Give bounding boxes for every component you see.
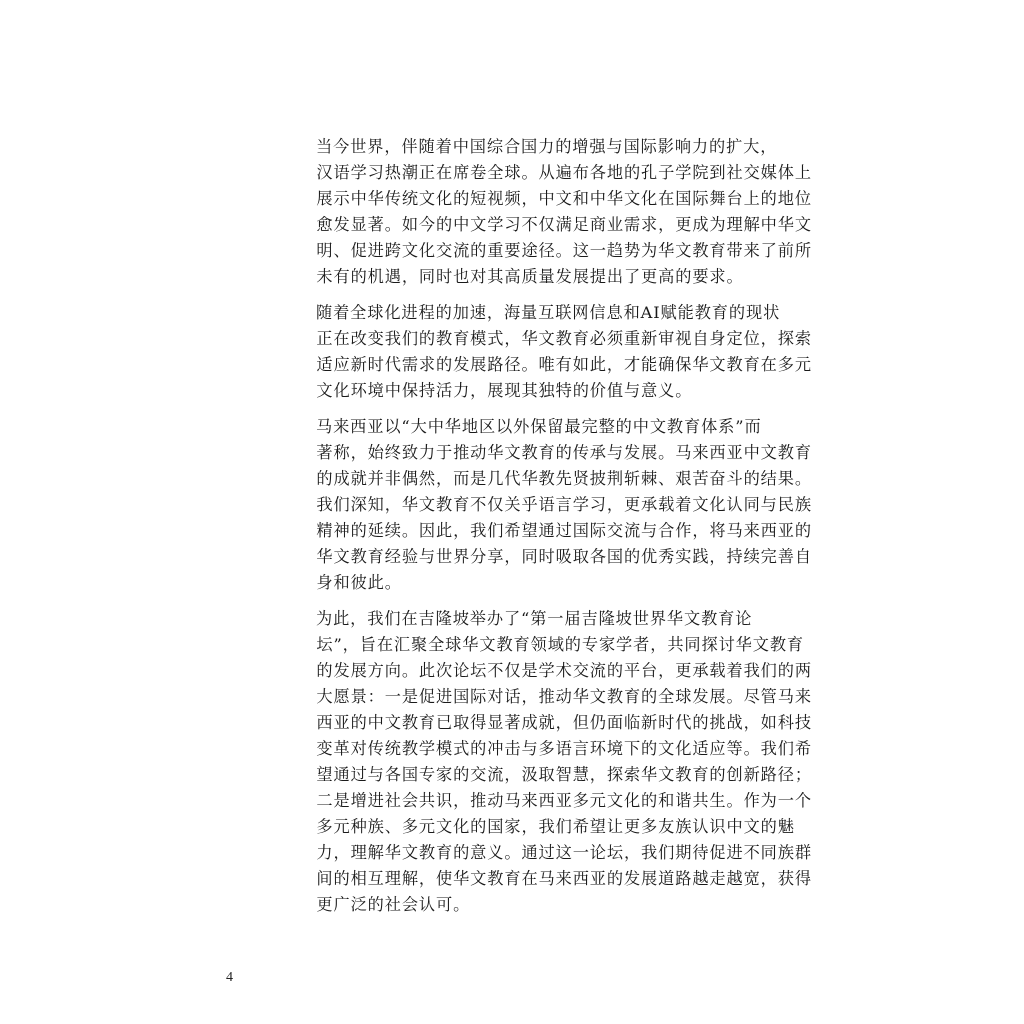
text-line: 我们深知，华文教育不仅关乎语言学习，更承载着文化认同与民族	[284, 492, 742, 518]
text-line: 著称，始终致力于推动华文教育的传承与发展。马来西亚中文教育	[284, 440, 742, 466]
text-line: 二是增进社会共识，推动马来西亚多元文化的和谐共生。作为一个	[284, 788, 742, 814]
text-line: 文化环境中保持活力，展现其独特的价值与意义。	[284, 378, 742, 404]
text-line: 坛”，旨在汇聚全球华文教育领域的专家学者，共同探讨华文教育	[284, 632, 742, 658]
text-line: 更广泛的社会认可。	[284, 892, 742, 918]
text-line: 汉语学习热潮正在席卷全球。从遍布各地的孔子学院到社交媒体上	[284, 160, 742, 186]
paragraph-1: 当今世界，伴随着中国综合国力的增强与国际影响力的扩大， 汉语学习热潮正在席卷全球…	[284, 134, 742, 290]
text-line: 望通过与各国专家的交流，汲取智慧，探索华文教育的创新路径；	[284, 762, 742, 788]
text-line: 的发展方向。此次论坛不仅是学术交流的平台，更承载着我们的两	[284, 658, 742, 684]
paragraph-4: 为此，我们在吉隆坡举办了“第一届吉隆坡世界华文教育论 坛”，旨在汇聚全球华文教育…	[284, 606, 742, 918]
text-line: 明、促进跨文化交流的重要途径。这一趋势为华文教育带来了前所	[284, 238, 742, 264]
text-line: 愈发显著。如今的中文学习不仅满足商业需求，更成为理解中华文	[284, 212, 742, 238]
text-line: 力，理解华文教育的意义。通过这一论坛，我们期待促进不同族群	[284, 840, 742, 866]
text-line: 马来西亚以“大中华地区以外保留最完整的中文教育体系”而	[284, 414, 742, 440]
document-page: 当今世界，伴随着中国综合国力的增强与国际影响力的扩大， 汉语学习热潮正在席卷全球…	[0, 0, 1024, 1024]
text-line: 西亚的中文教育已取得显著成就，但仍面临新时代的挑战，如科技	[284, 710, 742, 736]
text-line: 大愿景：一是促进国际对话，推动华文教育的全球发展。尽管马来	[284, 684, 742, 710]
text-line: 未有的机遇，同时也对其高质量发展提出了更高的要求。	[284, 264, 742, 290]
text-line: 变革对传统教学模式的冲击与多语言环境下的文化适应等。我们希	[284, 736, 742, 762]
text-line: 适应新时代需求的发展路径。唯有如此，才能确保华文教育在多元	[284, 352, 742, 378]
text-line: 多元种族、多元文化的国家，我们希望让更多友族认识中文的魅	[284, 814, 742, 840]
text-line: 身和彼此。	[284, 570, 742, 596]
body-text: 当今世界，伴随着中国综合国力的增强与国际影响力的扩大， 汉语学习热潮正在席卷全球…	[284, 134, 742, 928]
paragraph-2: 随着全球化进程的加速，海量互联网信息和AI赋能教育的现状 正在改变我们的教育模式…	[284, 300, 742, 404]
text-line: 正在改变我们的教育模式，华文教育必须重新审视自身定位，探索	[284, 326, 742, 352]
text-line: 当今世界，伴随着中国综合国力的增强与国际影响力的扩大，	[284, 134, 742, 160]
text-line: 随着全球化进程的加速，海量互联网信息和AI赋能教育的现状	[284, 300, 742, 326]
text-line: 华文教育经验与世界分享，同时吸取各国的优秀实践，持续完善自	[284, 544, 742, 570]
text-line: 精神的延续。因此，我们希望通过国际交流与合作，将马来西亚的	[284, 518, 742, 544]
page-number: 4	[226, 970, 233, 986]
text-line: 间的相互理解，使华文教育在马来西亚的发展道路越走越宽，获得	[284, 866, 742, 892]
paragraph-3: 马来西亚以“大中华地区以外保留最完整的中文教育体系”而 著称，始终致力于推动华文…	[284, 414, 742, 596]
text-line: 为此，我们在吉隆坡举办了“第一届吉隆坡世界华文教育论	[284, 606, 742, 632]
text-line: 展示中华传统文化的短视频，中文和中华文化在国际舞台上的地位	[284, 186, 742, 212]
text-line: 的成就并非偶然，而是几代华教先贤披荆斩棘、艰苦奋斗的结果。	[284, 466, 742, 492]
